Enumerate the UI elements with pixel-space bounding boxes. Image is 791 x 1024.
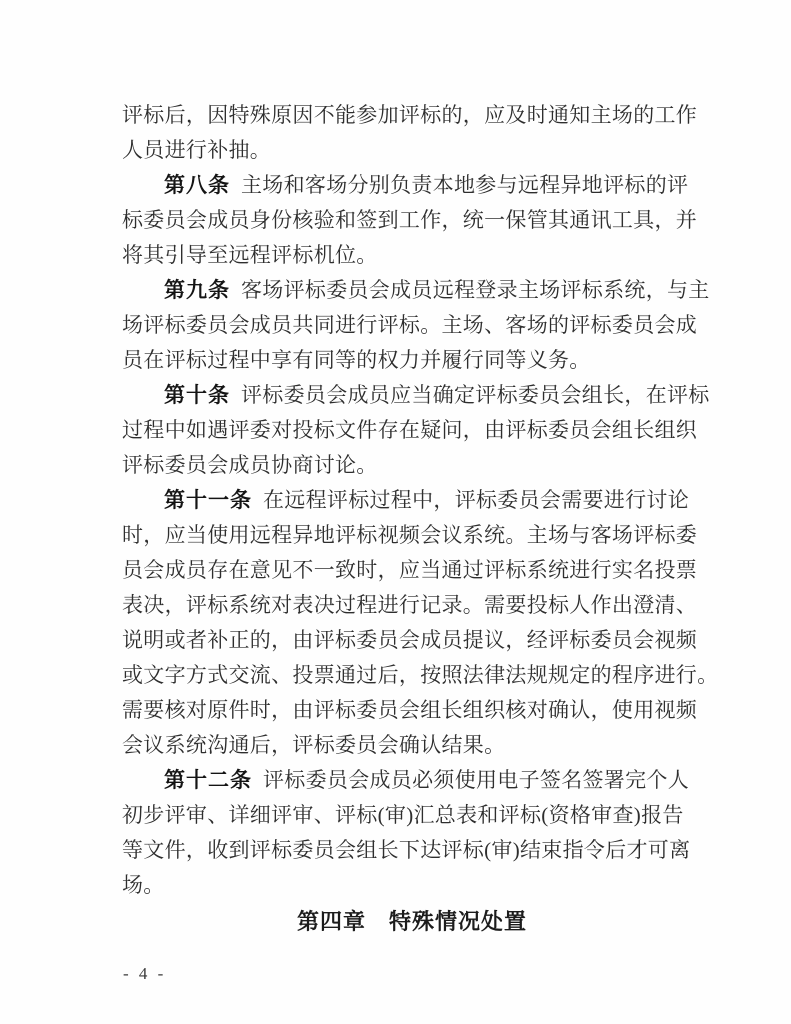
text-line: 初步评审、详细评审、评标(审)汇总表和评标(资格审查)报告 — [122, 798, 702, 833]
text-line: 说明或者补正的，由评标委员会成员提议，经评标委员会视频 — [122, 623, 702, 658]
text-line: 评标委员会成员协商讨论。 — [122, 448, 702, 483]
line-text: 在远程评标过程中，评标委员会需要进行讨论 — [263, 488, 689, 512]
line-text: 评标委员会成员应当确定评标委员会组长，在评标 — [241, 383, 710, 407]
article-number: 第八条 — [164, 173, 230, 197]
text-line: 等文件，收到评标委员会组长下达评标(审)结束指令后才可离 — [122, 833, 702, 868]
text-line: 第十条评标委员会成员应当确定评标委员会组长，在评标 — [122, 378, 702, 413]
text-line: 员会成员存在意见不一致时，应当通过评标系统进行实名投票 — [122, 553, 702, 588]
line-text: 评标委员会成员必须使用电子签名签署完个人 — [263, 768, 689, 792]
text-line: 第九条客场评标委员会成员远程登录主场评标系统，与主 — [122, 273, 702, 308]
text-line: 会议系统沟通后，评标委员会确认结果。 — [122, 728, 702, 763]
text-line: 场。 — [122, 868, 702, 903]
document-body: 评标后，因特殊原因不能参加评标的，应及时通知主场的工作人员进行补抽。第八条主场和… — [122, 98, 702, 903]
text-line: 将其引导至远程评标机位。 — [122, 238, 702, 273]
chapter-heading: 第四章 特殊情况处置 — [122, 904, 702, 939]
text-line: 评标后，因特殊原因不能参加评标的，应及时通知主场的工作 — [122, 98, 702, 133]
text-line: 过程中如遇评委对投标文件存在疑问，由评标委员会组长组织 — [122, 413, 702, 448]
text-line: 标委员会成员身份核验和签到工作，统一保管其通讯工具，并 — [122, 203, 702, 238]
text-line: 人员进行补抽。 — [122, 133, 702, 168]
page-number: - 4 - — [123, 964, 166, 984]
article-number: 第十一条 — [164, 488, 252, 512]
text-line: 第八条主场和客场分别负责本地参与远程异地评标的评 — [122, 168, 702, 203]
text-line: 第十二条评标委员会成员必须使用电子签名签署完个人 — [122, 763, 702, 798]
document-page: 评标后，因特殊原因不能参加评标的，应及时通知主场的工作人员进行补抽。第八条主场和… — [0, 0, 791, 1024]
document-content: 评标后，因特殊原因不能参加评标的，应及时通知主场的工作人员进行补抽。第八条主场和… — [122, 98, 702, 939]
text-line: 场评标委员会成员共同进行评标。主场、客场的评标委员会成 — [122, 308, 702, 343]
text-line: 或文字方式交流、投票通过后，按照法律法规规定的程序进行。 — [122, 658, 702, 693]
article-number: 第十条 — [164, 383, 230, 407]
article-number: 第九条 — [164, 278, 230, 302]
article-number: 第十二条 — [164, 768, 252, 792]
line-text: 客场评标委员会成员远程登录主场评标系统，与主 — [241, 278, 710, 302]
text-line: 时，应当使用远程异地评标视频会议系统。主场与客场评标委 — [122, 518, 702, 553]
text-line: 表决，评标系统对表决过程进行记录。需要投标人作出澄清、 — [122, 588, 702, 623]
line-text: 主场和客场分别负责本地参与远程异地评标的评 — [241, 173, 688, 197]
text-line: 需要核对原件时，由评标委员会组长组织核对确认，使用视频 — [122, 693, 702, 728]
text-line: 员在评标过程中享有同等的权力并履行同等义务。 — [122, 343, 702, 378]
text-line: 第十一条在远程评标过程中，评标委员会需要进行讨论 — [122, 483, 702, 518]
